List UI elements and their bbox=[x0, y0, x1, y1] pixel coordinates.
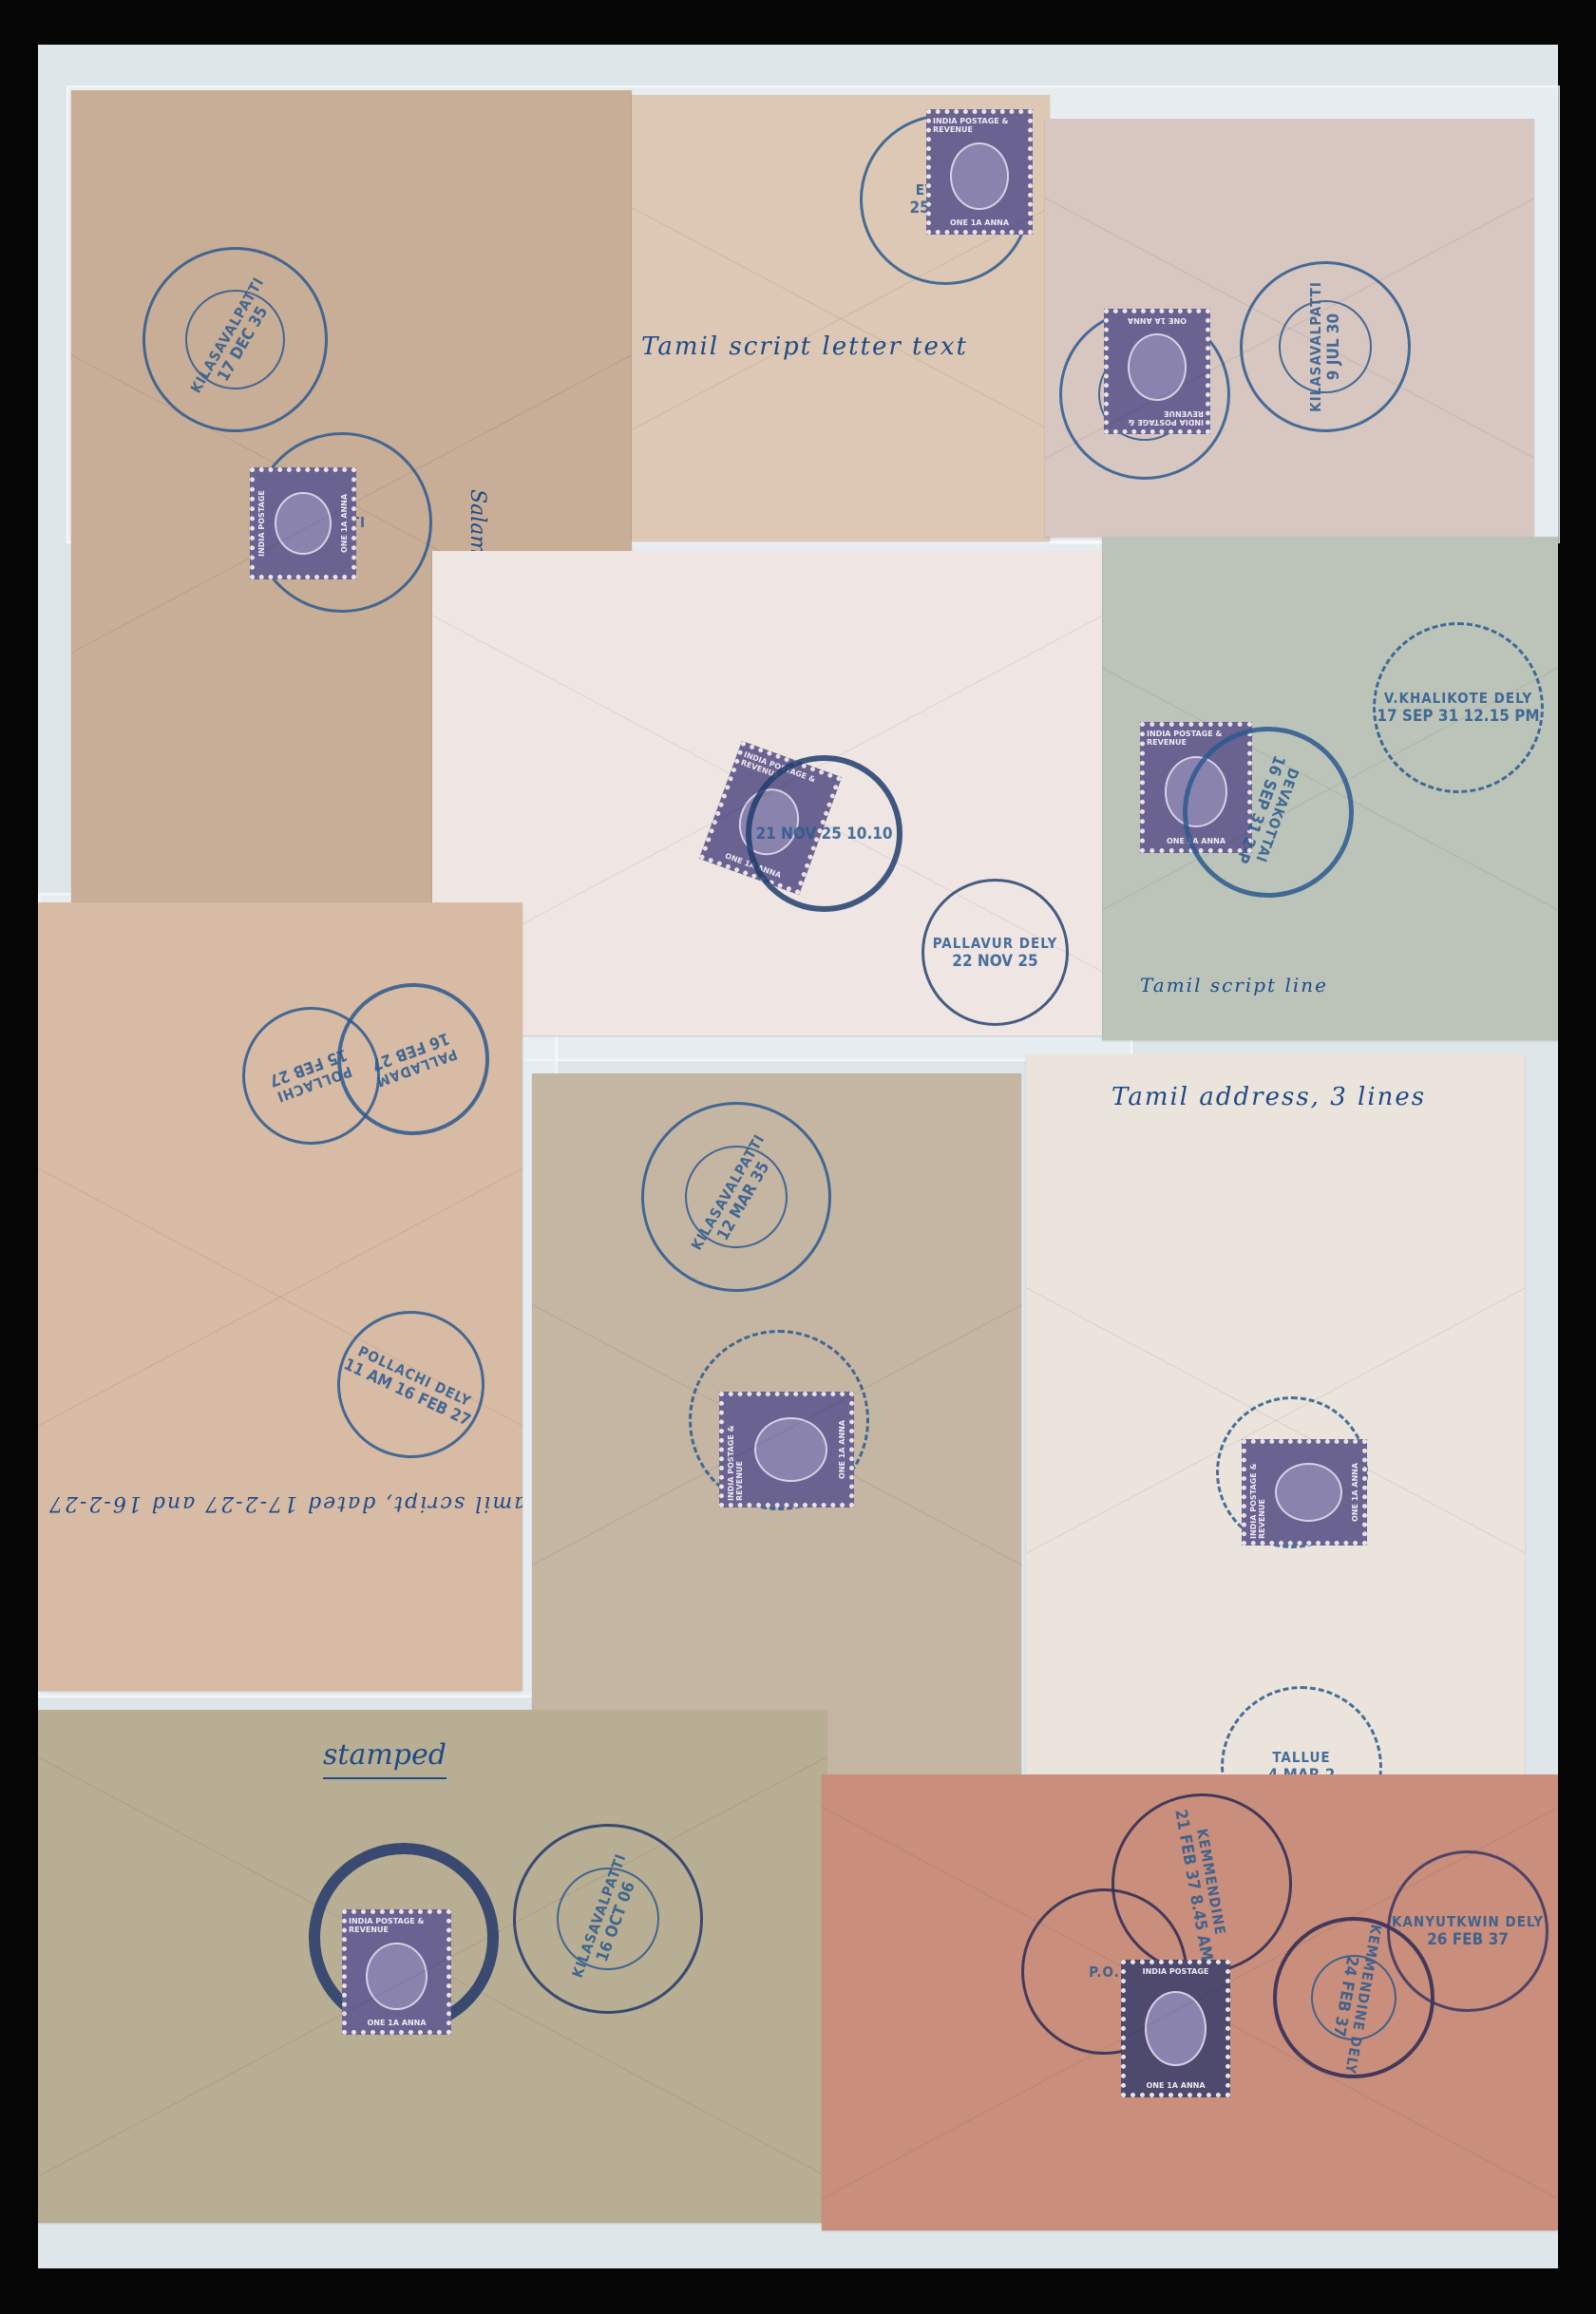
cover-pallavur-1925: INDIA POSTAGE & REVENUEONE 1A ANNA 21 NO… bbox=[432, 551, 1102, 1035]
postmark: PALLAVUR DELY 22 NOV 25 bbox=[921, 879, 1069, 1026]
postmark: POLLACHI DELY 11 AM 16 FEB 27 bbox=[313, 1287, 509, 1483]
cover-toungoo-kilasavalpatti-1930: TOUNGOO INDIA POSTAGE & REVENUEONE 1A AN… bbox=[1045, 119, 1534, 537]
postmark: TALLUE 4 MAR 2 bbox=[1221, 1686, 1382, 1786]
handwriting: Tamil script letter text bbox=[641, 332, 968, 361]
postmark: KILASAVALPATTI 12 MAR 35 bbox=[606, 1073, 865, 1327]
stamp-one-anna: INDIA POSTAGE & REVENUEONE 1A ANNA bbox=[1104, 309, 1210, 434]
stamp-one-anna: INDIA POSTAGEONE 1A ANNA bbox=[1121, 1960, 1230, 2097]
stamp-one-anna: INDIA POSTAGE & REVENUEONE 1A ANNA bbox=[719, 1392, 854, 1508]
postmark: V.KHALIKOTE DELY 17 SEP 31 12.15 PM bbox=[1373, 622, 1544, 793]
stamp-one-anna: INDIA POSTAGE & REVENUEONE 1A ANNA bbox=[342, 1909, 451, 2035]
stamp-one-anna: INDIA POSTAGEONE 1A ANNA bbox=[250, 467, 356, 579]
cover-tamil-address: Tamil address, 3 lines INDIA POSTAGE & R… bbox=[1026, 1054, 1525, 1786]
cover-pollachi-1927: POLLACHI 15 FEB 27 PALLADAM 16 FEB 27 PO… bbox=[38, 902, 522, 1691]
handwriting: Tamil script line bbox=[1140, 974, 1328, 996]
stamp-one-anna: INDIA POSTAGE & REVENUEONE 1A ANNA bbox=[926, 109, 1033, 235]
postmark: KILASAVALPATTI 16 OCT 06 bbox=[486, 1797, 730, 2040]
handwriting-stamped: stamped bbox=[323, 1738, 446, 1779]
handwriting: Tamil script, dated 17-2-27 and 16-2-27 bbox=[47, 1491, 522, 1515]
handwriting: Tamil address, 3 lines bbox=[1111, 1083, 1426, 1111]
postmark: KANYUTKWIN DELY 26 FEB 37 bbox=[1387, 1850, 1548, 2012]
cover-devakottai-1931: INDIA POSTAGE & REVENUEONE 1A ANNA DEVAK… bbox=[1102, 537, 1558, 1040]
postmark: KILASAVALPATTI 9 JUL 30 bbox=[1240, 261, 1411, 432]
stamp-one-anna: INDIA POSTAGE & REVENUEONE 1A ANNA bbox=[1242, 1439, 1367, 1546]
cover-letter-sheet-tamil: ETOA... 25 FEB 5 INDIA POSTAGE & REVENUE… bbox=[632, 95, 1050, 541]
cover-kemmendine-1937: KEMMENDINE 21 FEB 37 8.45 AM P.O. INDIA … bbox=[822, 1774, 1558, 2230]
postmark: 21 NOV 25 10.10 bbox=[746, 755, 902, 912]
cover-stamped-1906: stamped TOUNGOO INDIA POSTAGE & REVENUEO… bbox=[38, 1710, 826, 2223]
cover-kilasavalpatti-1935-b: KILASAVALPATTI 12 MAR 35 TOUNGOO INDIA P… bbox=[532, 1073, 1021, 1795]
postmark: KILASAVALPATTI 17 DEC 35 bbox=[108, 213, 361, 465]
